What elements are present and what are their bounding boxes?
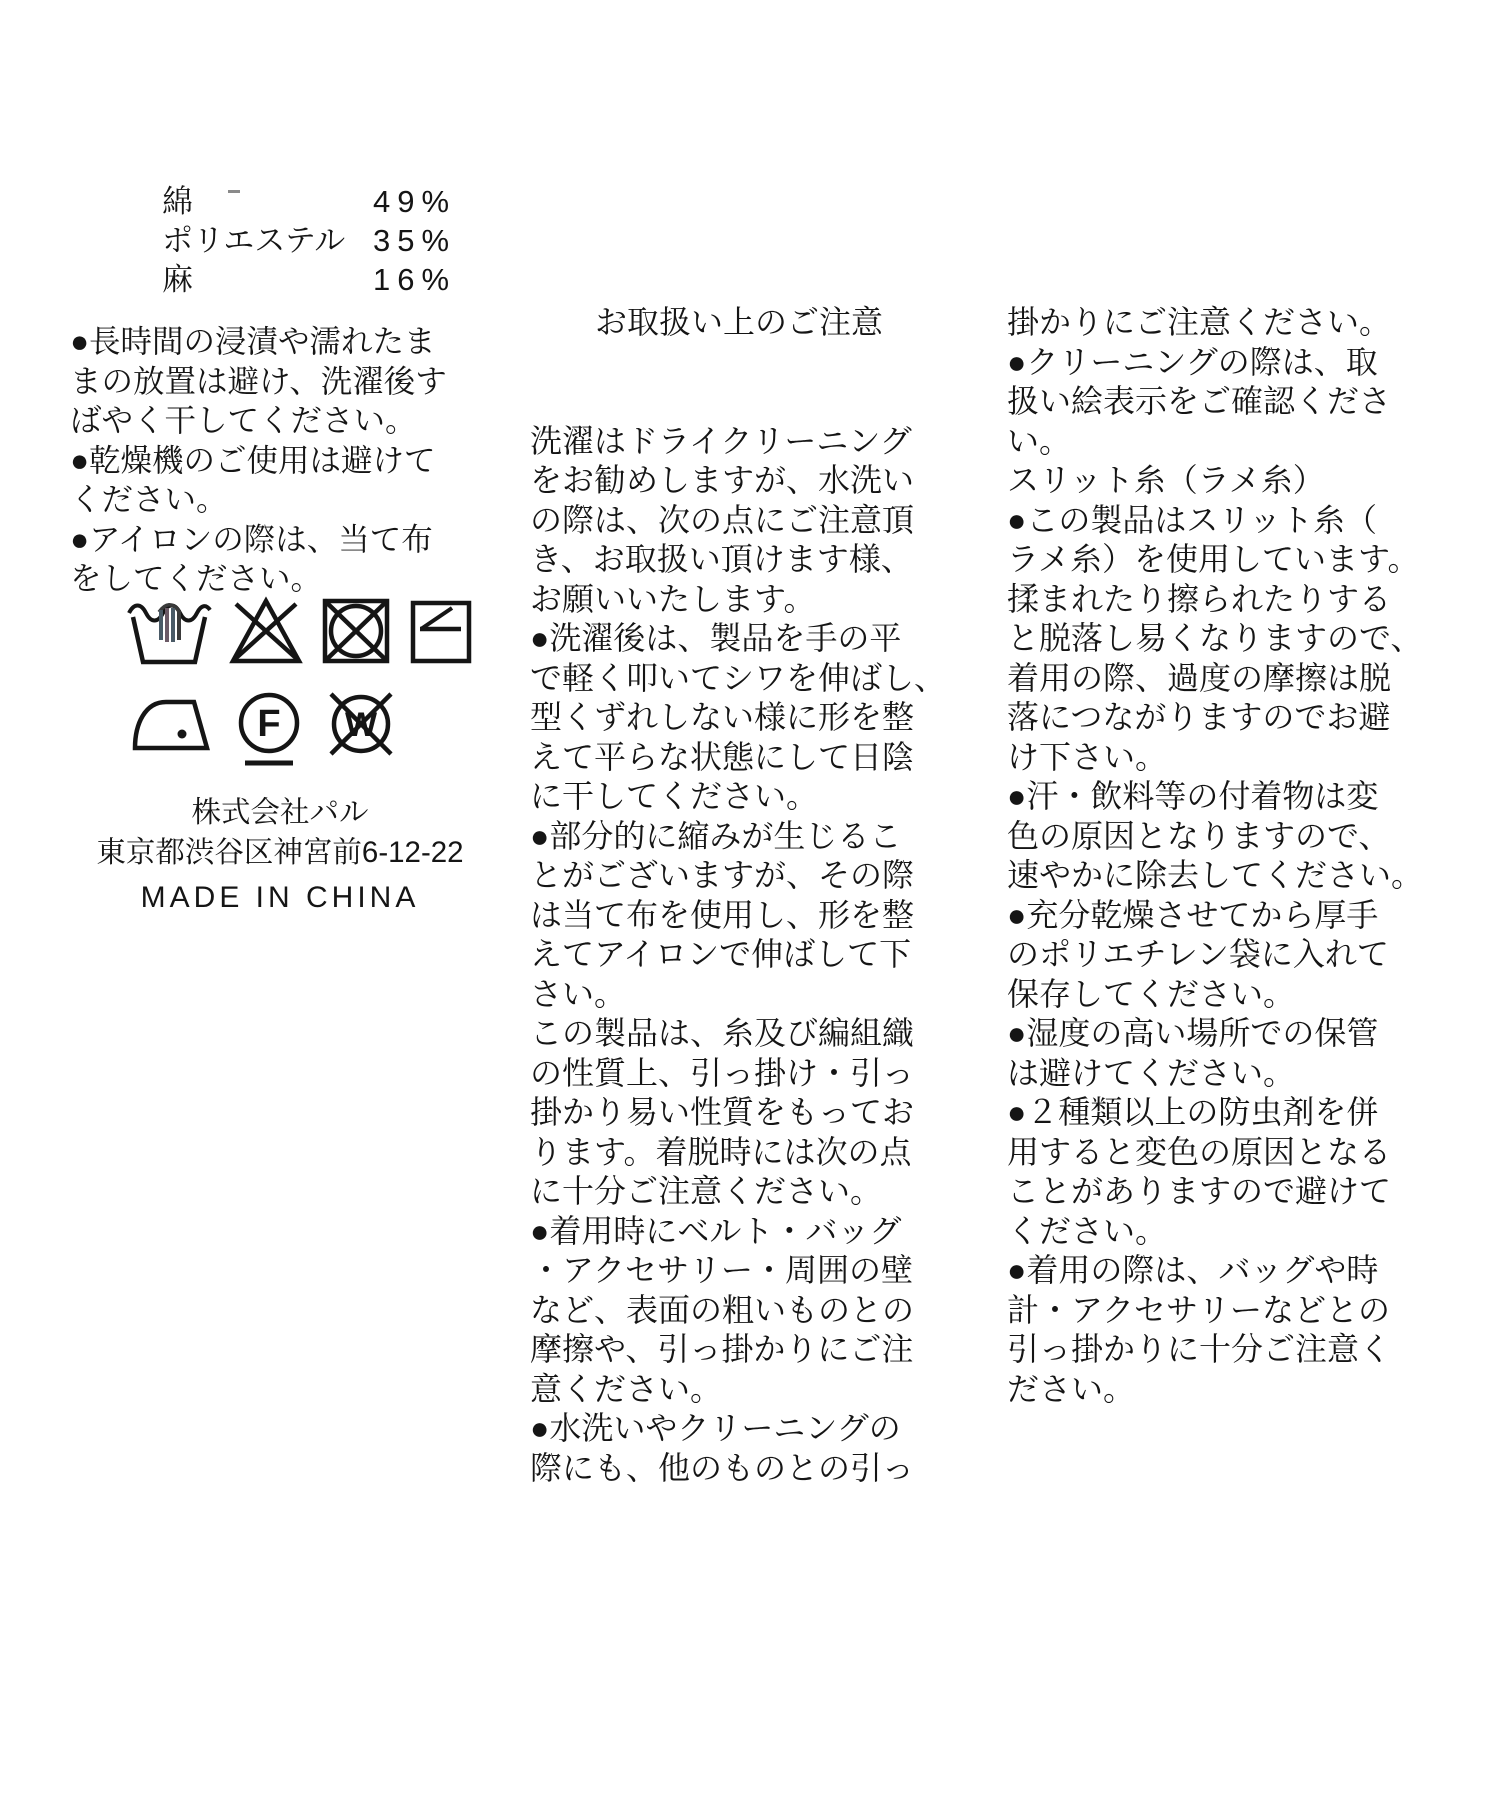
no-bleach-icon <box>228 596 304 666</box>
composition-row: 綿 49% <box>162 182 482 221</box>
iron-low-heat-icon <box>128 690 214 756</box>
fiber-label: ポリエステル <box>162 223 345 258</box>
fiber-percentage: 35% <box>373 221 456 260</box>
no-wet-clean-icon: W <box>324 690 398 760</box>
care-instructions-right-column: 掛かりにご注意ください。 ●クリーニングの際は、取 扱い絵表示をご確認くださ い… <box>1007 224 1425 1488</box>
country-of-origin: MADE IN CHINA <box>70 878 490 918</box>
dry-clean-petroleum-gentle-icon: F <box>236 690 302 770</box>
care-label-page: 綿 49% ポリエステル 35% 麻 16% ●長時間の浸漬や濡れたま まの放置… <box>0 0 1500 1800</box>
care-instructions-middle-text: 洗濯はドライクリーニング をお勧めしますが、水洗い の際は、次の点にご注意頂 き… <box>530 422 948 1489</box>
flat-dry-in-shade-icon <box>408 596 474 666</box>
care-symbols-row-1 <box>126 596 474 666</box>
manufacturer-block: 株式会社パル 東京都渋谷区神宮前6-12-22 MADE IN CHINA <box>70 793 490 918</box>
composition-row: 麻 16% <box>162 260 482 299</box>
no-tumble-dry-icon <box>320 596 392 666</box>
care-instructions-right-text: 掛かりにご注意ください。 ●クリーニングの際は、取 扱い絵表示をご確認くださ い… <box>1007 303 1425 1409</box>
care-symbols-row-2: F W <box>128 690 398 770</box>
care-instructions-title: お取扱い上のご注意 <box>530 303 948 343</box>
hand-wash-icon <box>126 596 212 666</box>
care-instructions-middle-column: お取扱い上のご注意 洗濯はドライクリーニング をお勧めしますが、水洗い の際は、… <box>530 224 948 1567</box>
fabric-composition-table: 綿 49% ポリエステル 35% 麻 16% <box>162 182 482 299</box>
fiber-percentage: 16% <box>373 260 456 299</box>
composition-row: ポリエステル 35% <box>162 221 482 260</box>
company-address: 東京都渋谷区神宮前6-12-22 <box>70 833 490 873</box>
fiber-label: 麻 <box>162 262 193 297</box>
left-care-notes: ●長時間の浸漬や濡れたま まの放置は避け、洗濯後す ばやく干してください。 ●乾… <box>70 322 500 599</box>
fiber-percentage: 49% <box>373 182 456 221</box>
fiber-label: 綿 <box>162 184 193 219</box>
svg-text:F: F <box>257 703 280 745</box>
company-name: 株式会社パル <box>70 793 490 833</box>
